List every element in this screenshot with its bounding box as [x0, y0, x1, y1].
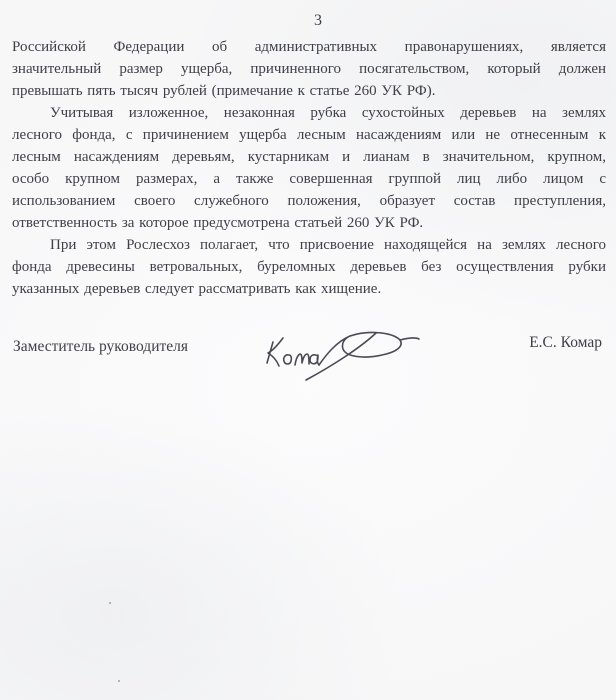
scanned-document-page: { "page": { "number": "3" }, "document":… — [0, 0, 616, 700]
text-line: Российской Федерации об административных… — [12, 36, 606, 58]
text-line: лесного фонда, с причинением ущерба лесн… — [12, 124, 606, 146]
paragraph: Учитывая изложенное, незаконная рубка су… — [12, 102, 606, 234]
text-line: Учитывая изложенное, незаконная рубка су… — [12, 102, 606, 124]
text-line: При этом Рослесхоз полагает, что присвое… — [12, 234, 606, 256]
text-line: превышать пять тысяч рублей (примечание … — [12, 80, 606, 102]
signatory-name: Е.С. Комар — [529, 334, 602, 352]
text-line: особо крупном размерах, а также совершен… — [12, 168, 606, 190]
scan-speck — [109, 602, 111, 604]
text-line: использованием своего служебного положен… — [12, 190, 606, 212]
page-number: 3 — [314, 12, 323, 30]
text-line: ответственность за которое предусмотрена… — [12, 212, 606, 234]
text-line: указанных деревьев следует рассматривать… — [12, 278, 606, 300]
text-line: фонда древесины ветровальных, буреломных… — [12, 256, 606, 278]
letter-body: Российской Федерации об административных… — [12, 36, 606, 300]
scan-speck — [118, 680, 120, 682]
position-title: Заместитель руководителя — [13, 338, 188, 356]
text-line: лесным насаждениям деревьям, кустарникам… — [12, 146, 606, 168]
handwritten-signature-icon — [260, 322, 424, 386]
paragraph: При этом Рослесхоз полагает, что присвое… — [12, 234, 606, 300]
signature-block: Заместитель руководителя Е.С. Комар — [0, 320, 616, 390]
paragraph: Российской Федерации об административных… — [12, 36, 606, 102]
text-line: значительный размер ущерба, причиненного… — [12, 58, 606, 80]
